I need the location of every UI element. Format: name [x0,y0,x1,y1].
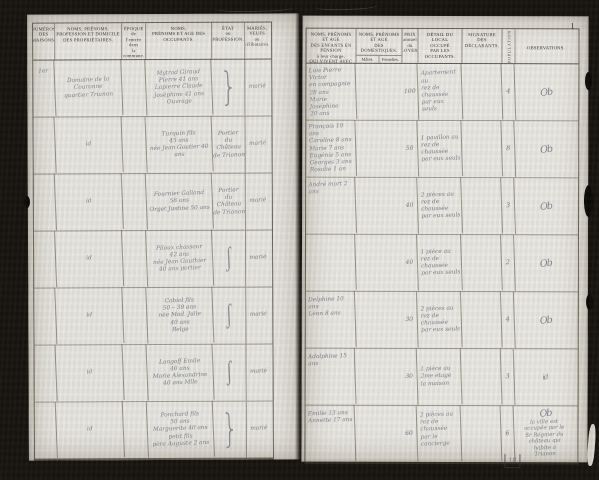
cell-numero: 1er [32,60,56,117]
cell-males [355,234,380,291]
brace-mark: } [221,410,239,450]
scan-ink-blob [585,72,592,90]
marital-value: marié [249,141,266,149]
cell-occupants: Langoff Emile 40 ans Marie Alexandrine 4… [147,344,215,403]
cell-marital: marié [244,59,270,116]
observation-flourish: Ob [539,257,552,269]
observation-note: la ville est occupée par le Sr Régnier d… [524,419,565,459]
handwriting-scribble [215,3,293,12]
cell-observations: Ob [515,121,576,177]
population-value: 4 [506,317,510,324]
observation-flourish: Ob [539,200,552,212]
prix-value: 40 [405,259,413,266]
cell-males [355,348,380,405]
detail-value: Apartement au rez de chaussée par eux se… [421,70,462,114]
proprietaire-value: id [86,199,92,206]
population-total-box: 18 [504,454,520,468]
brace-mark: } [220,68,238,108]
prix-value: 30 [405,373,413,380]
header-epoque: ÉPOQUE de l'entrée dans la commune. [122,23,146,59]
cell-males [355,63,380,120]
cell-signature [461,291,503,348]
profession-value: Portier du Château de Trianon [212,130,245,160]
table-row: id Cabiol fils 50 – 39 ans née Mad. Juli… [34,288,272,346]
cell-marital: marié [246,401,272,458]
cell-proprietaire: Domaine de la Couronne quartier Trianon [54,59,123,118]
cell-prix: 40 [401,235,419,291]
cell-occupants: Fournier Galland 58 ans Orget Justine 50… [146,173,214,232]
header-numeros: NUMÉROS DES MAISONS. [33,23,55,59]
cell-population: 2 [501,235,516,291]
cell-occupants: Ponchard fils 50 ans Marguerite 40 ans p… [147,401,215,460]
proprietaire-value: Domaine de la Couronne quartier Trianon [55,76,122,100]
table-row: 1er Domaine de la Couronne quartier Tria… [33,60,271,118]
header-maries: MARIÉS, VEUFS ou célibataires. [245,23,269,59]
enfants-value: François 10 ans Caroline 8 ans Marie 7 a… [308,123,356,175]
cell-proprietaire: id [55,230,124,289]
population-value: 3 [505,374,509,381]
register-right-page: 1 NOMS, PRÉNOMS ET AGE DES ENFANTS EN PE… [301,16,588,463]
proprietaire-value: id [87,370,93,377]
table-row: 40 1 pièce au rez de chaussée par eux se… [306,235,578,293]
header-etat: ÉTAT ou PROFESSION. [212,23,245,59]
marital-value: marié [249,84,266,92]
table-row: id Langoff Emile 40 ans Marie Alexandrin… [34,345,272,403]
cell-observations: Ob [515,235,576,291]
cell-prix: 30 [401,349,419,405]
cell-males [355,177,380,234]
cell-population: 4 [501,64,516,120]
cell-marital: marié [245,287,271,344]
cell-enfants: François 10 ans Caroline 8 ans Marie 7 a… [305,120,357,178]
prix-value: 40 [406,202,414,209]
header-occupants: NOMS, PRÉNOMS ET AGE DES OCCUPANTS. [146,23,212,59]
register-left-page: NUMÉROS DES MAISONS. NOMS, PRÉNOMS, PROF… [27,13,301,460]
scan-ink-blob [586,294,593,310]
cell-detail: 1 pièce au 2me étage la maison [417,348,463,405]
table-row: Emilie 13 ans Annette 17 ans 60 2 pièces… [305,406,577,464]
header-proprietaires-label: NOMS, PRÉNOMS, PROFESSION ET DOMICILE DE… [55,25,120,43]
table-row: id Piloux chasseur 42 ans née Jean Gauth… [34,231,272,289]
prix-value: 30 [405,316,413,323]
cell-epoque [121,60,147,117]
cell-detail: 1 pavillon au rez de chaussée par eux se… [417,120,463,177]
proprietaire-value: id [86,256,92,263]
cell-observations: Obla ville est occupée par le Sr Régnier… [514,406,575,462]
observation-flourish: Ob [539,86,552,98]
cell-numero [34,402,58,459]
detail-value: 1 pavillon au rez de chaussée par eux se… [421,134,462,164]
cell-profession: ʃ [213,288,246,344]
header-observations-label: OBSERVATIONS. [526,44,566,51]
cell-proprietaire: id [55,287,124,346]
detail-value: 2 pièces au rez de chaussée par le conci… [420,411,461,448]
header-domestiques-label: NOMS, PRÉNOMS ET AGE DES DOMESTIQUES. [356,31,401,54]
cell-proprietaire: id [55,173,124,232]
cell-numero [33,117,57,174]
cell-prix: 60 [401,406,419,462]
cell-profession: } [214,402,247,458]
cell-occupants: Mytrad Giraud Pierre 41 ans Lapierre Cla… [145,59,213,118]
cell-detail: 2 pièces au rez de chaussée par eux seul… [417,177,463,234]
table-row: Delphine 10 ans Léon 8 ans 30 2 pièces a… [306,292,578,350]
cell-numero [33,174,57,231]
table-row: id Ponchard fils 50 ans Marguerite 40 an… [35,402,273,460]
observation-flourish: Ob [539,408,552,420]
enfants-value: Emilie 13 ans Annette 17 ans [308,410,353,426]
cell-numero [34,345,58,402]
cell-epoque [122,174,148,231]
table-row: André mort 2 ans 40 2 pièces au rez de c… [306,178,578,236]
cell-epoque [122,117,148,174]
cell-enfants: Emilie 13 ans Annette 17 ans [305,405,357,463]
cell-enfants: André mort 2 ans [305,177,357,235]
header-proprietaires: NOMS, PRÉNOMS, PROFESSION ET DOMICILE DE… [55,23,122,59]
domestiques-subheader: Mâles. Femelles. [356,54,401,62]
proprietaire-value: id [86,142,92,149]
cell-enfants: Delphine 10 ans Léon 8 ans [305,291,357,349]
cell-proprietaire: id [56,401,125,460]
right-header-row: NOMS, PRÉNOMS ET AGE DES ENFANTS EN PENS… [306,29,578,65]
header-occupants-label: NOMS, PRÉNOMS ET AGE DES OCCUPANTS. [146,25,211,43]
squiggle-mark: ʃ [226,359,233,387]
scan-ink-blob [584,185,593,217]
cell-prix: 50 [401,121,419,177]
header-domestiques: NOMS, PRÉNOMS ET AGE DES DOMESTIQUES. Mâ… [356,29,402,63]
cell-occupants: Turquin fils 45 ans née Jean Gautier 40 … [146,116,214,175]
header-observations: OBSERVATIONS. [515,29,576,63]
proprietaire-value: id [87,427,93,434]
cell-males [355,291,380,348]
cell-signature [461,177,503,234]
cell-males [355,405,380,462]
handwriting-scribble [316,1,378,11]
cell-prix: 40 [401,178,419,234]
prix-value: 50 [406,145,414,152]
table-row: Adolphine 15 ans 30 1 pièce au 2me étage… [306,349,578,407]
population-value: 2 [506,260,510,267]
subheader-males: Mâles. [356,55,379,62]
cell-enfants [305,234,357,292]
occupants-value: Mytrad Giraud Pierre 41 ans Lapierre Cla… [153,69,204,107]
observation-flourish: id [542,373,548,381]
numero-value: 1er [38,68,48,76]
occupants-value: Ponchard fils 50 ans Marguerite 40 ans p… [151,411,209,449]
cell-population: 8 [501,121,516,177]
table-row: François 10 ans Caroline 8 ans Marie 7 a… [306,121,578,179]
cell-population: 3 [501,178,516,234]
cell-profession: ʃ [213,345,246,401]
enfants-value: Adolphine 15 ans [308,353,354,369]
cell-enfants: Luis Pierre Victor en compagnie 28 ans M… [305,63,357,121]
cell-detail: Apartement au rez de chaussée par eux se… [417,63,463,120]
header-signature: SIGNATURE DES DÉCLARANTS. [462,29,502,63]
cell-signature [461,405,503,462]
scanned-register-spread: NUMÉROS DES MAISONS. NOMS, PRÉNOMS, PROF… [0,0,599,480]
cell-profession: Portier du Château de Trianon [212,117,245,173]
cell-occupants: Cabiol fils 50 – 39 ans née Mad. Julie 4… [146,287,214,346]
cell-marital: marié [245,173,271,230]
cell-proprietaire: id [56,344,125,403]
left-header-row: NUMÉROS DES MAISONS. NOMS, PRÉNOMS, PROF… [33,23,271,61]
cell-population: 3 [501,349,516,405]
squiggle-mark: ʃ [226,245,233,273]
header-population: POPULATION [502,29,515,63]
header-epoque-label: ÉPOQUE de l'entrée dans la commune. [122,25,145,59]
detail-value: 1 pièce au 2me étage la maison [420,366,452,389]
occupants-value: Piloux chasseur 42 ans née Jean Gauthier… [152,244,206,275]
table-row: id Turquin fils 45 ans née Jean Gautier … [33,117,271,175]
table-row: Luis Pierre Victor en compagnie 28 ans M… [306,64,578,122]
cell-profession: Portier du Château de Trianon [213,174,246,230]
header-detail-local: DÉTAIL DU LOCAL OCCUPÉ PAR LES OCCUPANTS… [418,29,462,63]
proprietaire-value: id [86,313,92,320]
right-table: NOMS, PRÉNOMS ET AGE DES ENFANTS EN PENS… [304,28,579,465]
cell-epoque [123,402,149,459]
observation-flourish: Ob [539,143,552,155]
population-value: 8 [506,146,510,153]
cell-profession: ʃ [213,231,246,287]
cell-observations: id [515,349,576,405]
header-prix-label: PRIX annuel du LOYER. [402,31,418,54]
detail-value: 1 pièce au rez de chaussée par eux seuls [420,248,461,278]
occupants-value: Turquin fils 45 ans née Jean Gautier 40 … [146,129,212,160]
marital-value: marié [250,369,267,377]
cell-marital: marié [245,116,271,173]
occupants-value: Langoff Emile 40 ans Marie Alexandrine 4… [152,357,208,388]
cell-signature [461,348,503,405]
detail-value: 2 pièces au rez de chaussée par eux seul… [420,305,461,335]
squiggle-mark: ʃ [226,302,233,330]
enfants-value: André mort 2 ans [308,181,354,197]
cell-profession: } [212,60,245,116]
marital-value: marié [249,198,266,206]
cell-observations: Ob [515,178,576,234]
enfants-value: Luis Pierre Victor en compagnie 28 ans M… [309,67,357,119]
header-maries-label: MARIÉS, VEUFS ou célibataires. [245,25,269,48]
population-value: 4 [506,89,510,96]
marital-value: marié [250,426,267,434]
cell-signature [461,234,503,291]
cell-detail: 2 pièces au rez de chaussée par eux seul… [417,291,463,348]
header-etat-label: ÉTAT ou PROFESSION. [212,25,245,42]
enfants-value: Delphine 10 ans Léon 8 ans [308,296,355,319]
cell-proprietaire: id [55,116,124,175]
detail-value: 2 pièces au rez de chaussée par eux seul… [421,191,462,221]
cell-detail: 1 pièce au rez de chaussée par eux seuls [417,234,463,291]
cell-numero [33,231,57,288]
table-row: id Fournier Galland 58 ans Orget Justine… [34,174,272,232]
population-total-value: 18 [508,457,516,464]
header-numeros-label: NUMÉROS DES MAISONS. [33,25,55,42]
observation-flourish: Ob [539,314,552,326]
cell-epoque [122,231,148,288]
cell-numero [33,288,57,345]
cell-prix: 30 [401,292,419,348]
prix-value: 100 [404,88,416,96]
cell-observations: Ob [515,292,576,348]
page-edge-highlight [587,424,597,466]
header-enfants: NOMS, PRÉNOMS ET AGE DES ENFANTS EN PENS… [306,29,356,63]
occupants-value: Fournier Galland 58 ans Orget Justine 50… [149,190,210,214]
cell-signature [461,63,503,120]
cell-detail: 2 pièces au rez de chaussée par le conci… [417,405,463,462]
profession-value: Portier du Château de Trianon [213,187,246,217]
population-value: 3 [506,203,510,210]
cell-prix: 100 [401,64,419,120]
cell-signature [461,120,503,177]
left-table: NUMÉROS DES MAISONS. NOMS, PRÉNOMS, PROF… [32,22,274,461]
header-detail-label: DÉTAIL DU LOCAL OCCUPÉ PAR LES OCCUPANTS… [418,31,461,59]
subheader-femelles: Femelles. [379,55,401,62]
occupants-value: Cabiol fils 50 – 39 ans née Mad. Julie 4… [158,297,202,335]
cell-epoque [122,288,148,345]
header-prix: PRIX annuel du LOYER. [402,29,418,63]
header-enfants-label: NOMS, PRÉNOMS ET AGE DES ENFANTS EN PENS… [306,31,355,63]
header-population-label: POPULATION [506,30,511,63]
prix-value: 60 [405,430,413,437]
marital-value: marié [249,255,266,263]
cell-marital: marié [246,344,272,401]
header-signature-label: SIGNATURE DES DÉCLARANTS. [464,31,500,48]
scan-ink-blob [24,196,30,208]
cell-population: 4 [501,292,516,348]
cell-enfants: Adolphine 15 ans [305,348,357,406]
cell-occupants: Piloux chasseur 42 ans née Jean Gauthier… [146,230,214,289]
cell-observations: Ob [515,64,576,120]
cell-marital: marié [245,230,271,287]
cell-epoque [123,345,149,402]
population-value: 6 [505,431,509,438]
marital-value: marié [250,312,267,320]
cell-males [355,120,380,177]
